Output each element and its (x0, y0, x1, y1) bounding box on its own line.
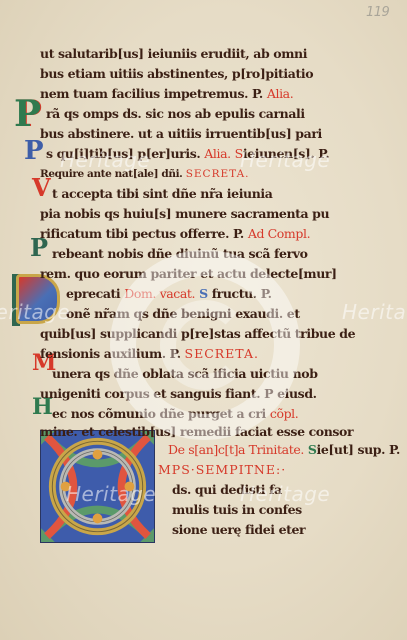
watermark-text-4: Heritage (342, 300, 407, 324)
watermark-text-6: Heritage (240, 482, 330, 506)
green-s: S (308, 442, 317, 457)
text-line-21: De s[an]c[t]a Trinitate. Sie[ut] sup. P. (168, 442, 400, 458)
text-line-22: MPS·SEMPITNE:· (158, 462, 286, 478)
text-line-3: nem tuam facilius impetremus. P. Alia. (40, 86, 293, 102)
watermark-text-1: Heritage (60, 148, 150, 172)
rubric-omnipotens: MPS·SEMPITNE:· (158, 462, 286, 477)
text-line-1: ut salutarib[us] ieiuniis erudiit, ab om… (40, 46, 307, 62)
text-line-9: pia nobis qs huiu[s] munere sacramenta p… (40, 206, 329, 222)
rubric-ad-compl: Ad Compl. (248, 226, 310, 241)
text-line-2: bus etiam uitiis abstinentes, p[ro]pitia… (40, 66, 313, 82)
rubric-alia-2: Alia. (204, 146, 230, 161)
initial-p-green: P (14, 96, 41, 132)
text-line-10: rificatum tibi pectus offerre. P. Ad Com… (40, 226, 310, 242)
watermark-text-2: Heritage (240, 148, 330, 172)
rubric-alia: Alia. (267, 86, 293, 101)
watermark-text-5: Heritage (66, 482, 156, 506)
manuscript-page: 119 P P V P M H ut salutarib[us] (0, 0, 407, 640)
watermark-text-3: Heritage (0, 300, 70, 324)
text-line-5: bus abstinere. ut a uitiis irruentib[us]… (40, 126, 322, 142)
folio-number: 119 (366, 5, 389, 20)
rubric-de-trinitate: De s[an]c[t]a Trinitate. (168, 442, 304, 457)
watermark-logo-inner (160, 300, 250, 390)
text-line-25: sione uerę fidei eter (172, 522, 305, 538)
text-line-4: rã qs omps ds. sic nos ab epulis carnali (46, 106, 305, 122)
text-line-8: t accepta tibi sint dñe nr̃a ieiunia (52, 186, 272, 202)
